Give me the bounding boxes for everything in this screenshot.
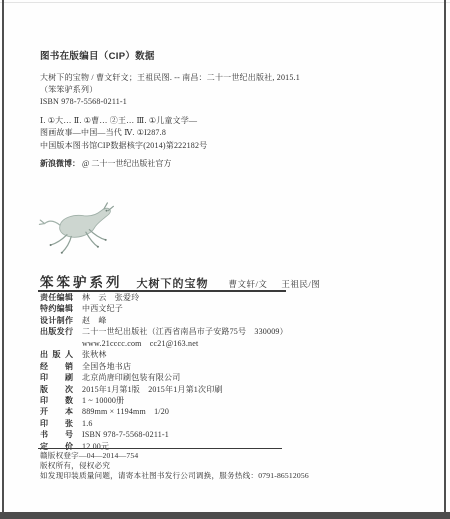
imprint-label: 出版人 — [40, 349, 73, 360]
cip-block: 图书在版编目（CIP）数据 大树下的宝物 / 曹文轩文；王祖民图. -- 南昌：… — [40, 48, 420, 152]
imprint-value: ISBN 978-7-5568-0211-1 — [82, 430, 169, 439]
imprint-table: 责任编辑林 云 张爱玲 特约编辑中西文纪子 设计制作赵 峰 出版发行二十一世纪出… — [40, 292, 430, 452]
imprint-row: www.21cccc.com cc21@163.net — [40, 338, 430, 349]
footer-divider-rule — [38, 448, 282, 449]
quality-hotline-notice: 如发现印装质量问题，请寄本社图书发行公司调换，服务热线：0791-8651205… — [40, 471, 430, 481]
title-credits: 曹文轩/文王祖民/图 — [229, 279, 321, 289]
imprint-label: 开本 — [40, 406, 73, 417]
imprint-label: 印数 — [40, 395, 73, 406]
imprint-value: 张秋林 — [82, 350, 107, 359]
imprint-value: 1.6 — [82, 419, 93, 428]
cip-class-line: 中国版本图书馆CIP数据核字(2014)第222182号 — [40, 140, 420, 153]
imprint-label: 印张 — [40, 418, 73, 429]
series-title-row: 笨笨驴系列 大树下的宝物 曹文轩/文王祖民/图 — [40, 271, 420, 292]
imprint-row: 印张1.6 — [40, 418, 430, 429]
imprint-row: 印刷北京尚唐印刷包装有限公司 — [40, 372, 430, 383]
series-name: 笨笨驴系列 — [40, 275, 123, 291]
footer-notices: 赣版权登字—04—2014—754 版权所有，侵权必究 如发现印装质量问题，请寄… — [40, 451, 430, 481]
cip-classification: Ⅰ. ①大… Ⅱ. ①曹… ②王… Ⅲ. ①儿童文学— 图画故事—中国—当代 Ⅳ… — [40, 115, 420, 153]
cip-class-line: Ⅰ. ①大… Ⅱ. ①曹… ②王… Ⅲ. ①儿童文学— — [40, 115, 420, 128]
imprint-value: 林 云 张爱玲 — [82, 293, 139, 302]
running-donkey-illustration — [36, 202, 122, 264]
scan-edge-right — [444, 0, 446, 519]
cip-class-line: 图画故事—中国—当代 Ⅳ. ①I287.8 — [40, 127, 420, 140]
cip-line: 大树下的宝物 / 曹文轩文；王祖民图. -- 南昌：二十一世纪出版社, 2015… — [40, 72, 420, 84]
imprint-row: 开本889mm × 1194mm 1/20 — [40, 406, 430, 417]
imprint-value: 二十一世纪出版社（江西省南昌市子安路75号 330009） — [82, 327, 288, 336]
cip-line: （笨笨驴系列） — [40, 84, 420, 96]
scan-edge-top — [0, 2, 450, 3]
imprint-label: 经销 — [40, 361, 73, 372]
imprint-value: 2015年1月第1版 2015年1月第1次印刷 — [82, 385, 223, 394]
imprint-row: 设计制作赵 峰 — [40, 315, 430, 326]
imprint-row: 责任编辑林 云 张爱玲 — [40, 292, 430, 303]
imprint-row: 出版人张秋林 — [40, 349, 430, 360]
scan-edge-bottom — [0, 512, 450, 519]
imprint-value publisher-url: www.21cccc.com cc21@163.net — [82, 339, 198, 348]
imprint-row: 版次2015年1月第1版 2015年1月第1次印刷 — [40, 384, 430, 395]
imprint-label: 版次 — [40, 384, 73, 395]
scan-edge-left — [2, 0, 4, 519]
copyright-page: 图书在版编目（CIP）数据 大树下的宝物 / 曹文轩文；王祖民图. -- 南昌：… — [0, 0, 450, 519]
weibo-line: 新浪微博： @ 二十一世纪出版社官方 — [40, 158, 171, 169]
imprint-row: 印数1 ~ 10000册 — [40, 395, 430, 406]
imprint-label: 出版发行 — [40, 326, 73, 337]
imprint-label: 书号 — [40, 429, 73, 440]
imprint-label: 印刷 — [40, 372, 73, 383]
weibo-label: 新浪微博： — [40, 159, 80, 168]
author-credit: 曹文轩/文 — [229, 279, 268, 289]
illustrator-credit: 王祖民/图 — [281, 279, 320, 289]
imprint-value: 1 ~ 10000册 — [82, 396, 124, 405]
imprint-value: 889mm × 1194mm 1/20 — [82, 407, 169, 416]
imprint-label: 设计制作 — [40, 315, 73, 326]
imprint-row: 出版发行二十一世纪出版社（江西省南昌市子安路75号 330009） — [40, 326, 430, 337]
imprint-label: 责任编辑 — [40, 292, 73, 303]
weibo-account: @ 二十一世纪出版社官方 — [82, 159, 171, 168]
donkey-icon — [36, 202, 122, 264]
imprint-value: 北京尚唐印刷包装有限公司 — [82, 373, 180, 382]
imprint-row: 经销全国各地书店 — [40, 361, 430, 372]
imprint-row: 书号ISBN 978-7-5568-0211-1 — [40, 429, 430, 440]
imprint-row: 特约编辑中西文纪子 — [40, 303, 430, 314]
imprint-value: 全国各地书店 — [82, 362, 131, 371]
copyright-notice: 版权所有，侵权必究 — [40, 461, 430, 471]
imprint-value: 赵 峰 — [82, 316, 107, 325]
book-title: 大树下的宝物 — [137, 278, 209, 290]
imprint-value: 中西文纪子 — [82, 304, 123, 313]
cip-line: ISBN 978-7-5568-0211-1 — [40, 96, 420, 108]
cip-title: 图书在版编目（CIP）数据 — [40, 48, 420, 62]
imprint-label: 特约编辑 — [40, 303, 73, 314]
registration-number: 赣版权登字—04—2014—754 — [40, 451, 430, 461]
